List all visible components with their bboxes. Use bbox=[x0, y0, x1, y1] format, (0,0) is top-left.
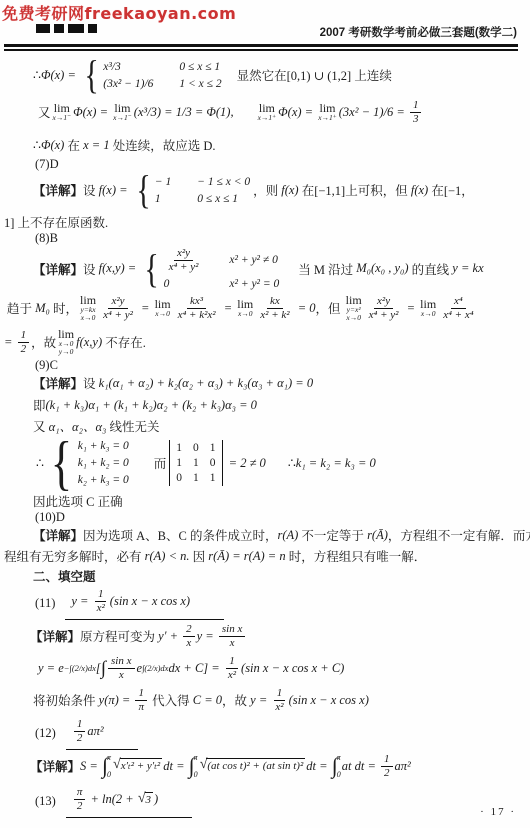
integral-lower-bound: 0 bbox=[107, 770, 111, 779]
text-run: 不存在. bbox=[102, 333, 146, 351]
math-run: aπ² bbox=[395, 759, 411, 774]
solution-11-line2: y = e−∫(2/x)dx[∫sin xxe∫(2/x)dxdx + C] =… bbox=[38, 655, 344, 681]
limit-subscript: x→1⁻ bbox=[53, 114, 72, 122]
limit-subscript: x→0 bbox=[155, 310, 170, 318]
square-root: √(at cos t)² + (at sin t)² bbox=[200, 758, 306, 773]
denominator: x⁴ + k²x² bbox=[175, 309, 219, 322]
bold-text-run: 【详解】 bbox=[33, 526, 83, 544]
bold-text-run: 【详解】 bbox=[33, 260, 83, 278]
math-run: x = 1 bbox=[83, 138, 109, 153]
determinant-cell: 0 bbox=[210, 457, 216, 469]
numerator: 1 bbox=[410, 99, 422, 113]
solution-8-line1: 【详解】设 f(x,y) = {x²yx⁴ + y²x² + y² ≠ 00x²… bbox=[33, 247, 484, 290]
solution-9-conclusion: 因此选项 C 正确 bbox=[33, 492, 123, 510]
limit-subscript: x→0 bbox=[238, 310, 253, 318]
limit: limx→1⁻ bbox=[53, 102, 72, 122]
cases-cell: − 1 bbox=[155, 176, 171, 188]
integral-upper-bound: π bbox=[107, 753, 111, 762]
header-rule-thick bbox=[4, 44, 518, 47]
numerator: 1 bbox=[274, 687, 286, 701]
integral-lower-bound: 0 bbox=[337, 770, 341, 779]
answer-underline: y = 1x²(sin x − x cos x) bbox=[65, 586, 224, 620]
cases-rows: k₁ + k₃ = 0k₁ + k₂ = 0k₂ + k₃ = 0 bbox=[78, 440, 129, 486]
bold-text-run: 【详解】 bbox=[30, 627, 80, 645]
denominator: x bbox=[227, 637, 238, 650]
fraction: 2x bbox=[183, 623, 195, 649]
solution-7-line1: 【详解】设 f(x) = {− 1− 1 ≤ x < 010 ≤ x ≤ 1，则… bbox=[33, 172, 474, 208]
integral: ∫π0 bbox=[332, 752, 341, 780]
answer-11: (11)y = 1x²(sin x − x cos x) bbox=[35, 586, 224, 620]
fraction: kxx² + k² bbox=[257, 295, 292, 321]
fraction: sin xx bbox=[219, 623, 245, 649]
fraction: 13 bbox=[410, 99, 422, 125]
text-run: 趋于 bbox=[7, 299, 35, 317]
text-run: (10)D bbox=[35, 510, 65, 525]
numerator: 1 bbox=[135, 687, 147, 701]
math-run: = bbox=[138, 301, 153, 316]
text-run: 又 bbox=[33, 417, 49, 435]
text-run: 而 bbox=[154, 454, 167, 472]
radicand: (at cos t)² + (at sin t)² bbox=[206, 758, 305, 773]
brace-icon: { bbox=[51, 436, 73, 490]
math-run: (sin x − x cos x) bbox=[289, 693, 369, 708]
solution-11-line1: 【详解】原方程可变为 y′ + 2xy = sin xx bbox=[30, 623, 247, 649]
limit-subscript: x→0 bbox=[81, 314, 96, 322]
math-run: dx + C] = bbox=[168, 661, 222, 676]
text-run: 线性无关 bbox=[106, 417, 159, 435]
solution-7-line2: 1] 上不存在原函数. bbox=[4, 213, 108, 231]
text-run: 在[−1,1]上可积，但 bbox=[299, 181, 411, 199]
determinant-cell: 1 bbox=[210, 442, 216, 454]
math-run: = bbox=[4, 335, 16, 350]
piecewise-cases: {x³/30 ≤ x ≤ 1(3x² − 1)/61 < x ≤ 2 bbox=[82, 57, 222, 93]
fraction: 1x² bbox=[94, 588, 108, 614]
text-run: ∴ bbox=[33, 137, 41, 153]
solution-9-system-line: ∴{k₁ + k₃ = 0k₁ + k₂ = 0k₂ + k₃ = 0而1011… bbox=[36, 436, 376, 490]
cases-cell: (3x² − 1)/6 bbox=[103, 78, 153, 90]
text-run: (11) bbox=[35, 596, 55, 611]
cases-cell: 0 ≤ x ≤ 1 bbox=[197, 193, 238, 205]
phi-piecewise-line: ∴Φ(x) = {x³/30 ≤ x ≤ 1(3x² − 1)/61 < x ≤… bbox=[33, 57, 392, 93]
numerator: x²y bbox=[374, 295, 393, 309]
denominator: x² bbox=[225, 669, 239, 682]
spacer bbox=[282, 268, 298, 269]
determinant-cell: 1 bbox=[176, 442, 182, 454]
phi-limit-line: 又limx→1⁻Φ(x) = limx→1⁻(x³/3) = 1/3 = Φ(1… bbox=[38, 99, 423, 125]
cases-cell: − 1 ≤ x < 0 bbox=[197, 176, 250, 188]
denominator: 2 bbox=[74, 800, 86, 813]
math-run: S = bbox=[80, 759, 101, 774]
math-run: = bbox=[403, 301, 418, 316]
answer-8: (8)B bbox=[35, 231, 58, 246]
denominator: π bbox=[135, 701, 147, 714]
denominator: 2 bbox=[18, 343, 30, 356]
text-run: ，但 bbox=[316, 299, 344, 317]
text-run: 设 bbox=[83, 181, 99, 199]
spacer bbox=[266, 463, 288, 464]
numerator: x²y bbox=[174, 247, 193, 261]
fraction: 1x² bbox=[225, 655, 239, 681]
numerator: x²y bbox=[108, 295, 127, 309]
text-run: 不一定等于 bbox=[298, 526, 367, 544]
denominator: x² bbox=[94, 602, 108, 615]
numerator: sin x bbox=[219, 623, 245, 637]
limit: limx→0 bbox=[155, 298, 171, 318]
text-run: ∴ bbox=[36, 455, 44, 471]
math-run: k₁(α₁ + α₂) + k₂(α₂ + α₃) + k₃(α₃ + α₁) … bbox=[99, 376, 313, 391]
brace-icon: { bbox=[136, 172, 150, 208]
math-run: C = 0 bbox=[193, 693, 222, 708]
answer-underline: 12aπ² bbox=[66, 716, 138, 750]
section-heading-fill-in: 二、填空题 bbox=[33, 567, 96, 585]
fraction: 12 bbox=[381, 753, 393, 779]
limit-subscript: y→0 bbox=[59, 348, 74, 356]
limit: limy=kxx→0 bbox=[80, 294, 96, 323]
math-run: r(A) < n. bbox=[145, 549, 190, 564]
fraction: kx³x⁴ + k²x² bbox=[175, 295, 219, 321]
text-run: ，方程组不一定有解．而方 bbox=[388, 526, 530, 544]
math-run: Φ(x) = bbox=[278, 105, 316, 120]
denominator: x⁴ + y² bbox=[166, 261, 202, 274]
denominator: x² + k² bbox=[257, 309, 292, 322]
text-run: 设 bbox=[83, 260, 99, 278]
limit: limy=x²x→0 bbox=[346, 294, 362, 323]
math-run: k₁ = k₂ = k₃ = 0 bbox=[296, 456, 376, 471]
limit: limx→1⁺ bbox=[258, 102, 277, 122]
integral-sign: ∫ bbox=[101, 659, 106, 678]
integral-bounds: π0 bbox=[337, 752, 341, 780]
logo-glyph-fragment bbox=[68, 24, 84, 33]
denominator: 2 bbox=[74, 732, 86, 745]
numerator: x⁴ bbox=[451, 295, 466, 309]
limit: limx→0 bbox=[237, 298, 253, 318]
cases-cell: k₁ + k₂ = 0 bbox=[78, 457, 129, 469]
math-run: (sin x − x cos x + C) bbox=[241, 661, 344, 676]
text-run: 在[−1， bbox=[428, 181, 474, 199]
text-run: 将初始条件 bbox=[33, 691, 99, 709]
integral-upper-bound: π bbox=[337, 753, 341, 762]
scanned-exam-solution-page: { "header": { "watermark": "免费考研网freekao… bbox=[0, 0, 530, 828]
math-run: y(π) = bbox=[99, 693, 134, 708]
math-run: (3x² − 1)/6 = bbox=[339, 105, 408, 120]
math-run: (k₁ + k₃)α₁ + (k₁ + k₂)α₂ + (k₂ + k₃)α₃ … bbox=[46, 398, 257, 413]
denominator: 3 bbox=[410, 113, 422, 126]
limit-subscript: x→1⁻ bbox=[113, 114, 132, 122]
determinant-cell: 1 bbox=[176, 457, 182, 469]
math-run: Φ(x) = bbox=[73, 105, 111, 120]
text-run: 的直线 bbox=[409, 260, 453, 278]
math-run: = 2 ≠ 0 bbox=[226, 456, 266, 471]
numerator: 1 bbox=[381, 753, 393, 767]
denominator: 2 bbox=[381, 767, 393, 780]
math-run: y = bbox=[197, 629, 217, 644]
integral: ∫π0 bbox=[189, 752, 198, 780]
solution-10-line1: 【详解】因为选项 A、B、C 的条件成立时，r(A) 不一定等于 r(Ā)，方程… bbox=[33, 526, 530, 544]
fraction: 1x² bbox=[272, 687, 286, 713]
answer-underline: π2 + ln(2 + √3) bbox=[66, 784, 192, 818]
cases-rows: x³/30 ≤ x ≤ 1(3x² − 1)/61 < x ≤ 2 bbox=[103, 61, 221, 90]
text-run: 又 bbox=[38, 103, 51, 121]
solution-12-line1: 【详解】S = ∫π0√x′ₜ² + y′ₜ²dt = ∫π0√(at cos … bbox=[30, 752, 411, 780]
text-run: (8)B bbox=[35, 231, 58, 246]
fraction: 12 bbox=[18, 329, 30, 355]
limit-subscript: x→0 bbox=[346, 314, 361, 322]
header-rule-thin bbox=[4, 49, 518, 51]
fraction: x²yx⁴ + y² bbox=[366, 295, 402, 321]
math-run: f(x,y) bbox=[76, 335, 102, 350]
text-run: 因 bbox=[190, 547, 209, 565]
fraction: sin xx bbox=[108, 655, 134, 681]
square-root: √x′ₜ² + y′ₜ² bbox=[113, 758, 162, 773]
radicand: x′ₜ² + y′ₜ² bbox=[120, 758, 163, 773]
integral: ∫π0 bbox=[102, 752, 111, 780]
math-run: y = bbox=[71, 594, 91, 609]
text-run: 当 M 沿过 bbox=[298, 260, 356, 278]
bold-text-run: 【详解】 bbox=[33, 374, 83, 392]
bold-text-run: 【详解】 bbox=[30, 757, 80, 775]
determinant-cell: 1 bbox=[193, 457, 199, 469]
spacer bbox=[132, 463, 154, 464]
numerator: kx bbox=[267, 295, 283, 309]
solution-11-line3: 将初始条件 y(π) = 1π 代入得 C = 0，故 y = 1x²(sin … bbox=[33, 687, 369, 713]
logo-glyph-fragment bbox=[36, 24, 50, 33]
solution-8-line2: 趋于 M₀ 时，limy=kxx→0x²yx⁴ + y² = limx→0kx³… bbox=[7, 294, 479, 323]
math-run: at dt = bbox=[342, 759, 379, 774]
text-run: (13) bbox=[35, 794, 56, 809]
math-run: y = bbox=[250, 693, 270, 708]
limit: limx→0 bbox=[420, 298, 436, 318]
determinant-cell: 0 bbox=[176, 472, 182, 484]
limit-subscript: x→1⁺ bbox=[318, 114, 337, 122]
fraction: 12 bbox=[74, 718, 86, 744]
math-run: (sin x − x cos x) bbox=[110, 594, 190, 609]
denominator: x² bbox=[272, 701, 286, 714]
text-run: ∴ bbox=[33, 67, 41, 83]
text-run: (12) bbox=[35, 726, 56, 741]
bold-text-run: 二、填空题 bbox=[33, 567, 96, 585]
limit: limx→1⁻ bbox=[113, 102, 132, 122]
math-run: ) bbox=[154, 792, 158, 807]
brace-icon: { bbox=[84, 57, 98, 93]
text-run: 代入得 bbox=[149, 691, 193, 709]
numerator: 1 bbox=[74, 718, 86, 732]
math-run: M₀(x₀ , y₀) bbox=[356, 261, 408, 276]
math-run: y′ + bbox=[158, 629, 181, 644]
square-root: √3 bbox=[138, 792, 153, 807]
text-run: 在 bbox=[64, 136, 83, 154]
spacer bbox=[225, 75, 237, 76]
numerator: sin x bbox=[108, 655, 134, 669]
fraction: x²yx⁴ + y² bbox=[100, 295, 136, 321]
determinant: 101110011 bbox=[169, 440, 222, 486]
math-run: dt = bbox=[306, 759, 330, 774]
bold-text-run: 【详解】 bbox=[33, 181, 83, 199]
math-run: r(Ā) = r(A) = n bbox=[208, 549, 285, 564]
text-run: ，故 bbox=[31, 333, 56, 351]
integral-upper-bound: π bbox=[194, 753, 198, 762]
text-run: 程组有无穷多解时，必有 bbox=[4, 547, 145, 565]
text-run: ，则 bbox=[253, 181, 281, 199]
integral-bounds: π0 bbox=[107, 752, 111, 780]
fraction: x²yx⁴ + y² bbox=[166, 247, 202, 273]
text-run: (9)C bbox=[35, 358, 58, 373]
math-run: = bbox=[221, 301, 236, 316]
answer-12: (12)12aπ² bbox=[35, 716, 138, 750]
numerator: 1 bbox=[95, 588, 107, 602]
cases-cell: k₂ + k₃ = 0 bbox=[78, 474, 129, 486]
denominator: x⁴ + x⁴ bbox=[440, 309, 476, 322]
text-run: 因此选项 C 正确 bbox=[33, 492, 123, 510]
phi-conclusion-line: ∴Φ(x) 在 x = 1 处连续，故应选 D. bbox=[33, 136, 216, 154]
math-run: y = e bbox=[38, 661, 64, 676]
cases-cell: 0 ≤ x ≤ 1 bbox=[179, 61, 220, 73]
math-run: + ln(2 + bbox=[87, 792, 137, 807]
numerator: 2 bbox=[183, 623, 195, 637]
math-run: M₀ bbox=[35, 301, 50, 316]
numerator: 1 bbox=[226, 655, 238, 669]
answer-13: (13)π2 + ln(2 + √3) bbox=[35, 784, 192, 818]
text-run: (7)D bbox=[35, 157, 59, 172]
piecewise-cases: {x²yx⁴ + y²x² + y² ≠ 00x² + y² = 0 bbox=[142, 247, 279, 290]
limit-subscript: x→0 bbox=[421, 310, 436, 318]
determinant-cell: 1 bbox=[193, 472, 199, 484]
math-run: r(Ā) bbox=[367, 528, 388, 543]
superscript: ∫(2/x)dx bbox=[142, 664, 168, 673]
piecewise-cases: {k₁ + k₃ = 0k₁ + k₂ = 0k₂ + k₃ = 0 bbox=[47, 436, 129, 490]
denominator: x⁴ + y² bbox=[100, 309, 136, 322]
numerator: π bbox=[74, 786, 86, 800]
math-run: y = kx bbox=[452, 261, 483, 276]
logo-glyph-fragment bbox=[88, 24, 97, 33]
superscript: −∫(2/x)dx bbox=[64, 664, 96, 673]
math-run: f(x,y) = bbox=[99, 261, 140, 276]
limit-subscript: x→1⁺ bbox=[258, 114, 277, 122]
text-run: 时， bbox=[50, 299, 78, 317]
cases-cell: x³/3 bbox=[103, 61, 121, 73]
text-run: ，故 bbox=[222, 691, 250, 709]
fraction: π2 bbox=[74, 786, 86, 812]
answer-9: (9)C bbox=[35, 358, 58, 373]
numerator: 1 bbox=[18, 329, 30, 343]
logo-glyph-fragment bbox=[54, 24, 64, 33]
limit: limx→1⁺ bbox=[318, 102, 337, 122]
text-run: 时，方程组只有唯一解． bbox=[286, 547, 427, 565]
text-run: 显然它在[0,1) ∪ (1,2] 上连续 bbox=[237, 66, 392, 84]
page-number: · 17 · bbox=[480, 806, 516, 818]
determinant-cell: 0 bbox=[193, 442, 199, 454]
piecewise-cases: {− 1− 1 ≤ x < 010 ≤ x ≤ 1 bbox=[134, 172, 250, 208]
math-run: Φ(x) bbox=[41, 138, 64, 153]
cases-rows: − 1− 1 ≤ x < 010 ≤ x ≤ 1 bbox=[155, 176, 250, 205]
math-run: (x³/3) = 1/3 = Φ(1), bbox=[134, 105, 234, 120]
solution-8-line3: = 12，故limx→0y→0f(x,y) 不存在. bbox=[4, 328, 146, 357]
fraction: 1π bbox=[135, 687, 147, 713]
math-run: = 0 bbox=[295, 301, 316, 316]
limit: limx→0y→0 bbox=[58, 328, 74, 357]
text-run: ∴ bbox=[288, 455, 296, 471]
watermark-freekaoyan: 免费考研网freekaoyan.com bbox=[2, 1, 236, 24]
text-run: 因为选项 A、B、C 的条件成立时， bbox=[83, 526, 277, 544]
solution-10-line2: 程组有无穷多解时，必有 r(A) < n. 因 r(Ā) = r(A) = n … bbox=[4, 547, 426, 565]
text-run: 1] 上不存在原函数. bbox=[4, 213, 108, 231]
math-run: aπ² bbox=[87, 724, 103, 739]
integral-bounds: π0 bbox=[194, 752, 198, 780]
math-run: dt = bbox=[163, 759, 187, 774]
math-run: Φ(x) = bbox=[41, 68, 79, 83]
cases-rows: x²yx⁴ + y²x² + y² ≠ 00x² + y² = 0 bbox=[164, 247, 280, 290]
text-run: 即 bbox=[33, 396, 46, 414]
numerator: kx³ bbox=[187, 295, 206, 309]
spacer bbox=[234, 112, 256, 113]
cases-cell: x² + y² ≠ 0 bbox=[229, 254, 277, 266]
publisher-logo-fragment bbox=[36, 24, 114, 33]
denominator: x bbox=[116, 669, 127, 682]
radicand: 3 bbox=[145, 792, 154, 807]
page-header-title: 2007 考研数学考前必做三套题(数学二) bbox=[320, 24, 517, 40]
text-run: 处连续，故应选 D. bbox=[110, 136, 216, 154]
determinant-cell: 1 bbox=[210, 472, 216, 484]
answer-7: (7)D bbox=[35, 157, 59, 172]
math-run: f(x) = bbox=[99, 183, 131, 198]
solution-9-line1: 【详解】设 k₁(α₁ + α₂) + k₂(α₂ + α₃) + k₃(α₃ … bbox=[33, 374, 313, 392]
cases-cell: k₁ + k₃ = 0 bbox=[78, 440, 129, 452]
math-run: f(x) bbox=[411, 183, 428, 198]
math-run: f(x) bbox=[281, 183, 298, 198]
denominator: x⁴ + y² bbox=[366, 309, 402, 322]
text-run: 原方程可变为 bbox=[80, 627, 158, 645]
denominator: x bbox=[183, 637, 194, 650]
fraction: x⁴x⁴ + x⁴ bbox=[440, 295, 476, 321]
cases-cell: 0 bbox=[164, 278, 170, 290]
cases-cell: 1 < x ≤ 2 bbox=[179, 78, 221, 90]
text-run: 设 bbox=[83, 374, 99, 392]
cases-cell: x² + y² = 0 bbox=[229, 278, 279, 290]
answer-10: (10)D bbox=[35, 510, 65, 525]
brace-icon: { bbox=[145, 251, 159, 287]
solution-9-line2: 即(k₁ + k₃)α₁ + (k₁ + k₂)α₂ + (k₂ + k₃)α₃… bbox=[33, 396, 257, 414]
math-run: r(A) bbox=[277, 528, 298, 543]
cases-cell: 1 bbox=[155, 193, 161, 205]
integral-lower-bound: 0 bbox=[194, 770, 198, 779]
